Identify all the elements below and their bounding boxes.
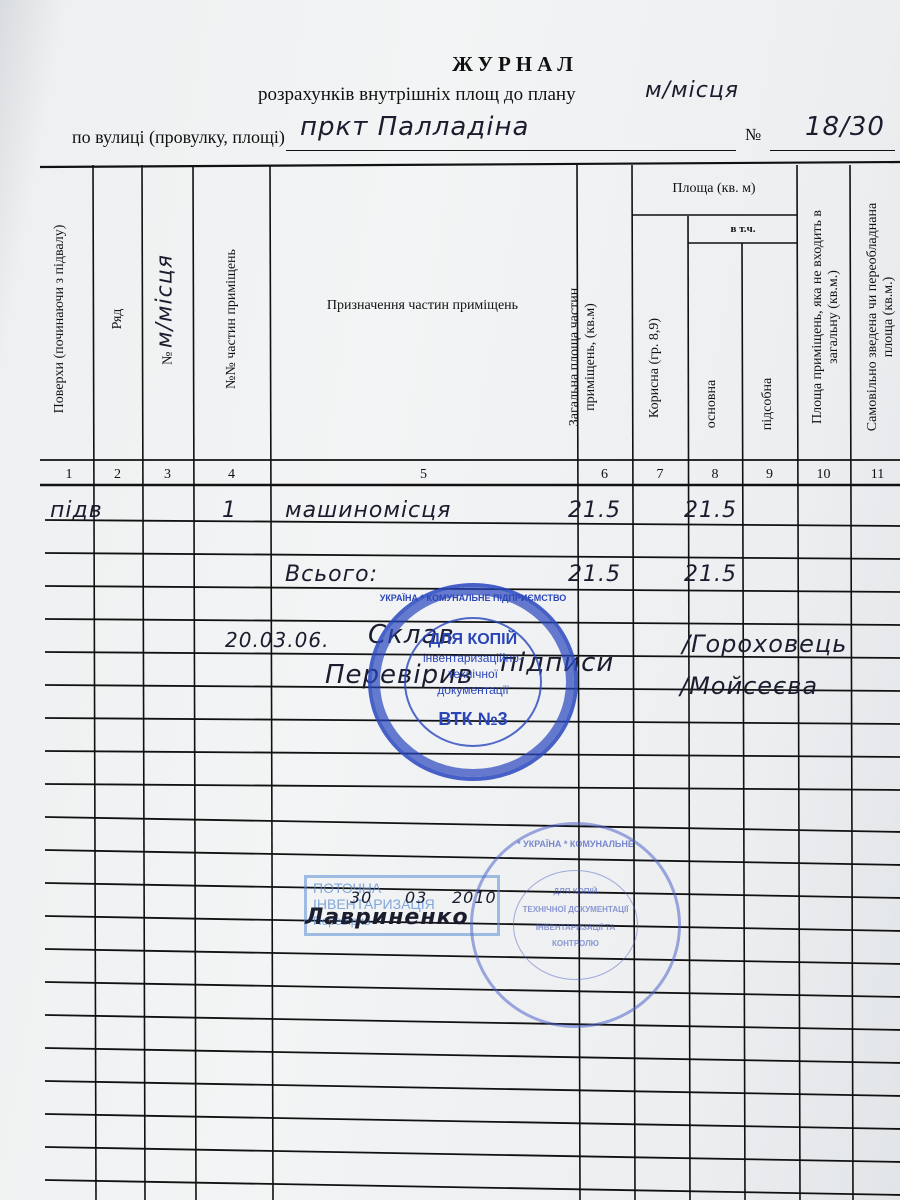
row1-purpose: машиномісця bbox=[285, 498, 451, 523]
row1-part-no: 1 bbox=[222, 498, 237, 523]
column-number: 8 bbox=[688, 467, 742, 483]
header-space-no-prefix: № bbox=[161, 352, 176, 365]
header-area-group: Площа (кв. м) bbox=[630, 181, 798, 197]
header-incl-group: в т.ч. bbox=[688, 223, 798, 235]
stamp-line1: ДЛЯ КОПІЙ bbox=[372, 631, 574, 649]
stamp2-line3: ІНВЕНТАРИЗАЦІЇ ТА bbox=[473, 923, 678, 932]
header-floors: Поверхи (починаючи з підвалу) bbox=[52, 204, 68, 434]
total-label: Всього: bbox=[285, 562, 378, 587]
header-excluded: Площа приміщень, яка не входить в загаль… bbox=[810, 187, 844, 447]
total-main: 21.5 bbox=[684, 562, 737, 587]
header-space-no: № м/місця bbox=[158, 225, 177, 395]
note-compiler-name: /Гороховець bbox=[682, 630, 847, 658]
header-aux: підсобна bbox=[760, 354, 776, 454]
header-space-no-hand: м/місця bbox=[153, 254, 178, 348]
secondary-round-stamp: * УКРАЇНА * КОМУНАЛЬНЕ ДЛЯ КОПІЙ ТЕХНІЧН… bbox=[470, 822, 681, 1028]
stamp-line4: документації bbox=[372, 683, 574, 697]
header-main: основна bbox=[704, 354, 720, 454]
stamp-line2: інвентаризаційно- bbox=[372, 651, 574, 665]
column-number: 3 bbox=[142, 467, 193, 483]
header-row: Ряд bbox=[110, 269, 126, 369]
official-round-stamp: УКРАЇНА * КОМУНАЛЬНЕ ПІДПРИЄМСТВО ДЛЯ КО… bbox=[368, 583, 578, 781]
column-number: 10 bbox=[797, 467, 850, 483]
header-purpose: Призначення частин приміщень bbox=[270, 298, 575, 314]
header-useful: Корисна (гр. 8,9) bbox=[647, 293, 663, 443]
column-number: 5 bbox=[270, 467, 577, 483]
column-number: 6 bbox=[577, 467, 632, 483]
stamp-line3: технічної bbox=[372, 667, 574, 681]
header-unauthorized: Самовільно зведена чи переобладнана площ… bbox=[865, 187, 899, 447]
stamp2-line2: ТЕХНІЧНОЇ ДОКУМЕНТАЦІЇ bbox=[473, 905, 678, 914]
signature-2: Лавриненко bbox=[305, 905, 469, 930]
column-number: 7 bbox=[632, 467, 688, 483]
column-number: 1 bbox=[45, 467, 93, 483]
note-date: 20.03.06. bbox=[225, 628, 329, 652]
header-total-area: Загальна площа частин приміщень, (кв.м) bbox=[567, 257, 601, 457]
stamp2-line1: ДЛЯ КОПІЙ bbox=[473, 887, 678, 896]
row1-total: 21.5 bbox=[568, 498, 621, 523]
column-number: 4 bbox=[193, 467, 270, 483]
stamp2-ring-text: * УКРАЇНА * КОМУНАЛЬНЕ bbox=[473, 839, 678, 849]
note-checker-name: /Мойсеєва bbox=[680, 672, 818, 700]
stamp2-line4: КОНТРОЛЮ bbox=[473, 939, 678, 948]
total-area: 21.5 bbox=[568, 562, 621, 587]
stamp-ring-text: УКРАЇНА * КОМУНАЛЬНЕ ПІДПРИЄМСТВО bbox=[372, 593, 574, 603]
column-number: 11 bbox=[850, 467, 900, 483]
column-number: 9 bbox=[742, 467, 797, 483]
column-number: 2 bbox=[93, 467, 142, 483]
header-part-no: №№ частин приміщень bbox=[224, 219, 240, 419]
row1-main: 21.5 bbox=[684, 498, 737, 523]
stamp-line5: ВТК №3 bbox=[372, 709, 574, 730]
row1-floor: підв bbox=[50, 498, 103, 523]
